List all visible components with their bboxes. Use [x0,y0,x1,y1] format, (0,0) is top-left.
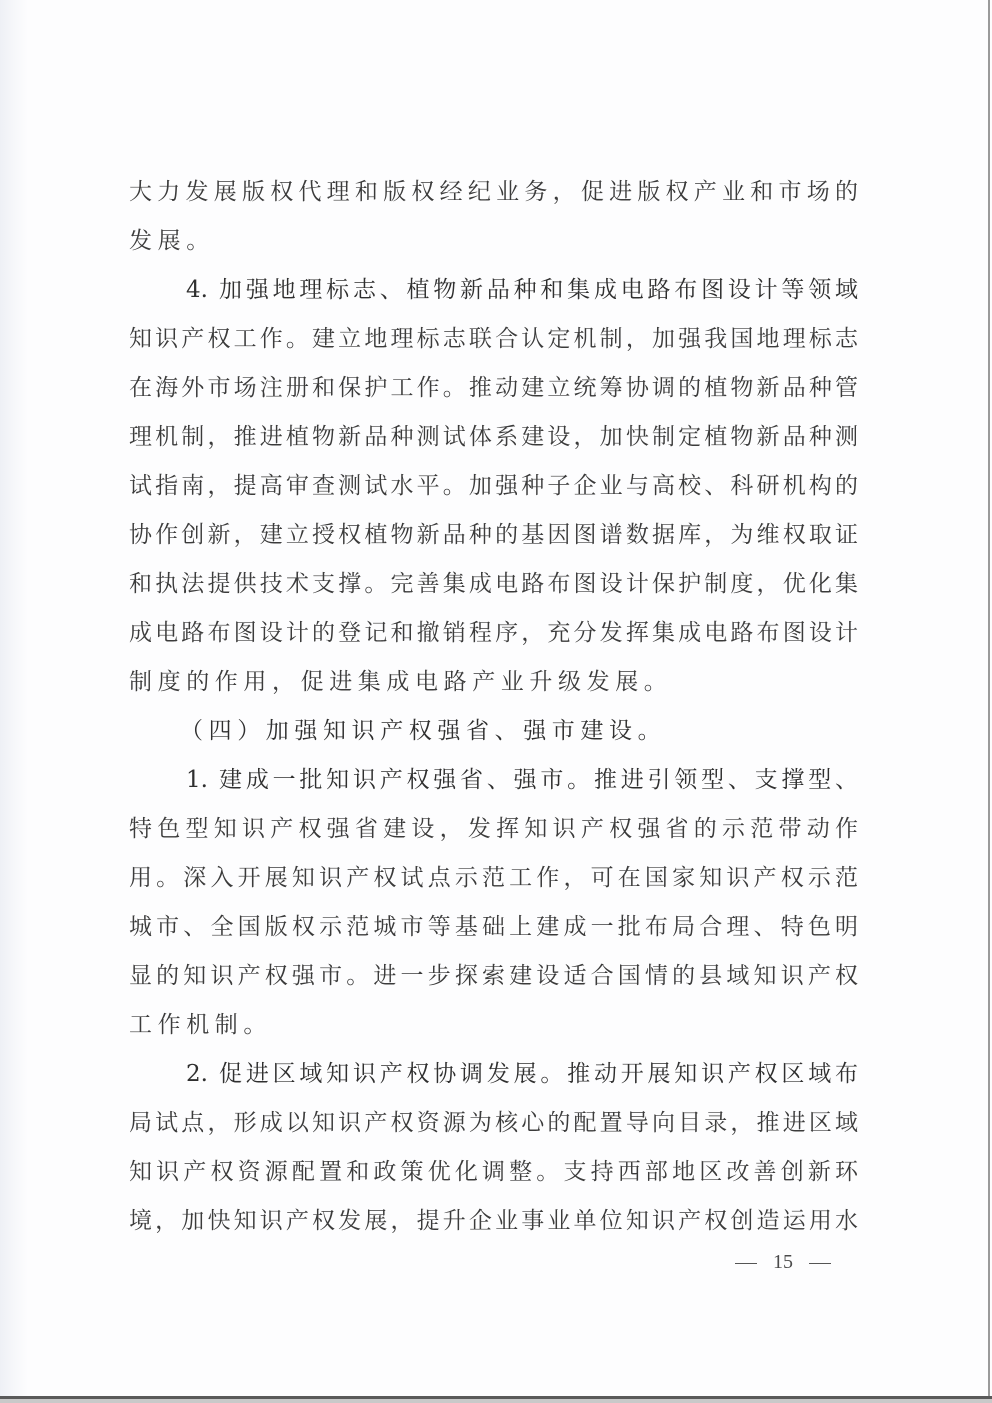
text-line: 知识产权工作。建立地理标志联合认定机制，加强我国地理标志 [129,324,858,354]
text-line: 城市、全国版权示范城市等基础上建成一批布局合理、特色明 [129,912,858,942]
dash-left [735,1263,757,1264]
text-line: 大力发展版权代理和版权经纪业务，促进版权产业和市场的 [129,177,858,207]
text-line: 发展。 [129,226,858,256]
section-heading-1: 1. 建成一批知识产权强省、强市。推进引领型、支撑型、 [186,765,858,795]
text-line: 协作创新，建立授权植物新品种的基因图谱数据库，为维权取证 [129,520,858,550]
text-line: 工作机制。 [129,1010,858,1040]
page-number: 15 [735,1249,831,1275]
text-line: 试指南，提高审查测试水平。加强种子企业与高校、科研机构的 [129,471,858,501]
section-heading-4: 4. 加强地理标志、植物新品种和集成电路布图设计等领域 [186,275,858,305]
text-line: 成电路布图设计的登记和撤销程序，充分发挥集成电路布图设计 [129,618,858,648]
text-line: 显的知识产权强市。进一步探索建设适合国情的县域知识产权 [129,961,858,991]
text-line: 理机制，推进植物新品种测试体系建设，加快制定植物新品种测 [129,422,858,452]
text-line: 境，加快知识产权发展，提升企业事业单位知识产权创造运用水 [129,1206,858,1236]
scan-bottom-strip [0,1399,992,1403]
document-page: 大力发展版权代理和版权经纪业务，促进版权产业和市场的 发展。 4. 加强地理标志… [0,0,992,1403]
text-line: 局试点，形成以知识产权资源为核心的配置导向目录，推进区域 [129,1108,858,1138]
text-line: 制度的作用，促进集成电路产业升级发展。 [129,667,858,697]
text-line: 特色型知识产权强省建设，发挥知识产权强省的示范带动作 [129,814,858,844]
dash-right [809,1263,831,1264]
section-heading-2: 2. 促进区域知识产权协调发展。推动开展知识产权区域布 [186,1059,858,1089]
page-number-value: 15 [773,1249,793,1275]
text-line: 在海外市场注册和保护工作。推动建立统筹协调的植物新品种管 [129,373,858,403]
text-line: 知识产权资源配置和政策优化调整。支持西部地区改善创新环 [129,1157,858,1187]
scan-left-shadow [0,0,28,1403]
section-heading-iv: （四）加强知识产权强省、强市建设。 [180,716,852,746]
scan-right-edge [988,0,990,1400]
text-line: 和执法提供技术支撑。完善集成电路布图设计保护制度，优化集 [129,569,858,599]
text-line: 用。深入开展知识产权试点示范工作，可在国家知识产权示范 [129,863,858,893]
